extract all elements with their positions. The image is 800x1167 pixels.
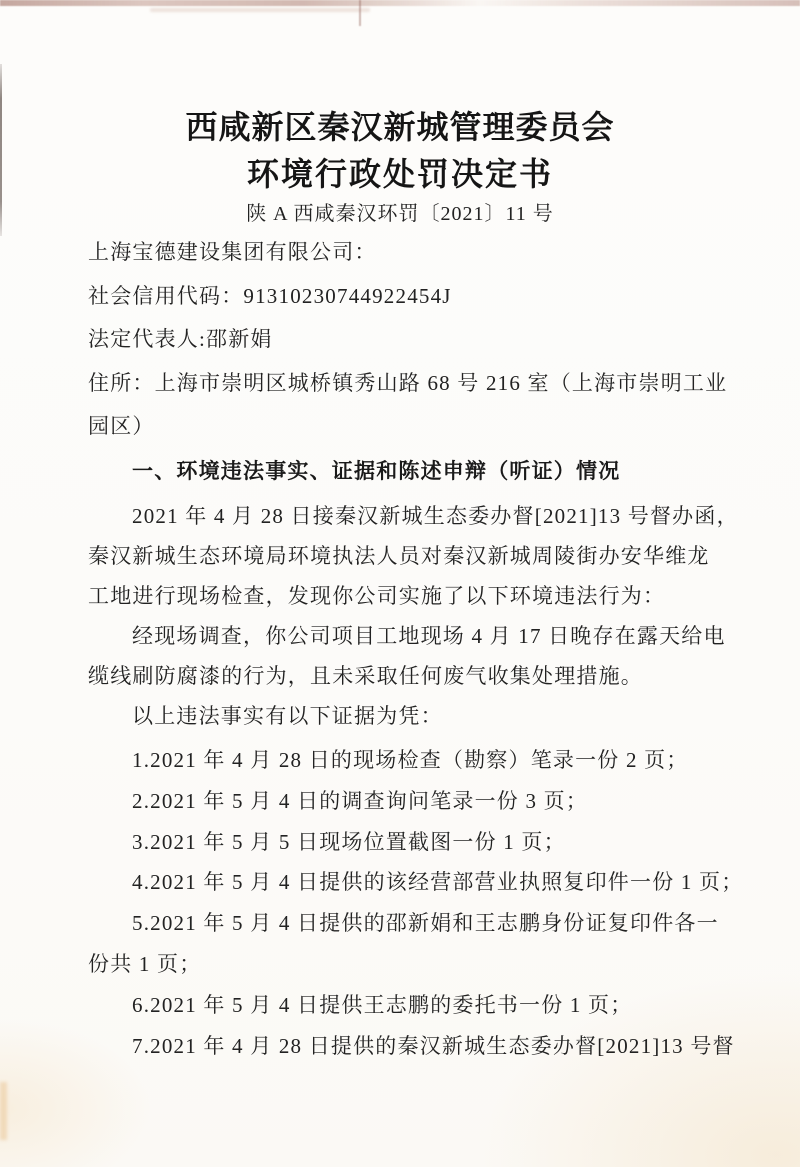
document-line: 工地进行现场检查，发现你公司实施了以下环境违法行为： (88, 576, 720, 616)
document-line: 1.2021 年 4 月 28 日的现场检查（勘察）笔录一份 2 页； (88, 740, 720, 781)
document-line: 份共 1 页； (88, 944, 720, 985)
document-line: 缆线刷防腐漆的行为，且未采取任何废气收集处理措施。 (88, 656, 720, 696)
document-line: 6.2021 年 5 月 4 日提供王志鹏的委托书一份 1 页； (88, 985, 720, 1026)
document-line: 5.2021 年 5 月 4 日提供的邵新娟和王志鹏身份证复印件各一 (88, 903, 720, 944)
document-line: 7.2021 年 4 月 28 日提供的秦汉新城生态委办督[2021]13 号督 (88, 1026, 720, 1067)
section1-heading: 一、环境违法事实、证据和陈述申辩（听证）情况 (88, 450, 720, 494)
document-type-title: 环境行政处罚决定书 (0, 149, 800, 195)
document-reference-number: 陕 A 西咸秦汉环罚〔2021〕11 号 (0, 197, 800, 226)
issuing-authority-title: 西咸新区秦汉新城管理委员会 (0, 102, 800, 148)
document-line: 经现场调查，你公司项目工地现场 4 月 17 日晚存在露天给电 (88, 616, 720, 656)
document-line: 2021 年 4 月 28 日接秦汉新城生态委办督[2021]13 号督办函， (88, 496, 720, 536)
document-line: 4.2021 年 5 月 4 日提供的该经营部营业执照复印件一份 1 页； (88, 862, 720, 903)
document-line: 法定代表人:邵新娟 (88, 318, 720, 362)
scan-artifact-bottom-left-smudge (0, 1082, 7, 1140)
document-line: 秦汉新城生态环境局环境执法人员对秦汉新城周陵街办安华维龙 (88, 536, 720, 576)
evidence-intro-line: 以上违法事实有以下证据为凭： (88, 696, 720, 736)
document-line: 园区） (88, 405, 720, 449)
document-line: 上海宝德建设集团有限公司： (88, 231, 720, 275)
scan-artifact-top-smudge (150, 8, 370, 12)
scan-artifact-top-edge (0, 0, 800, 6)
document-line: 社会信用代码：91310230744922454J (88, 275, 720, 319)
document-line: 3.2021 年 5 月 5 日现场位置截图一份 1 页； (88, 822, 720, 863)
document-line: 住所：上海市崇明区城桥镇秀山路 68 号 216 室（上海市崇明工业 (88, 362, 720, 406)
scanned-document-page: 西咸新区秦汉新城管理委员会 环境行政处罚决定书 陕 A 西咸秦汉环罚〔2021〕… (0, 0, 800, 1167)
scan-artifact-vertical-tick (359, 0, 361, 26)
violation-facts-block: 2021 年 4 月 28 日接秦汉新城生态委办督[2021]13 号督办函，秦… (88, 496, 720, 696)
evidence-list-block: 1.2021 年 4 月 28 日的现场检查（勘察）笔录一份 2 页；2.202… (88, 740, 720, 1066)
document-line: 2.2021 年 5 月 4 日的调查询问笔录一份 3 页； (88, 781, 720, 822)
party-info-block: 上海宝德建设集团有限公司：社会信用代码：91310230744922454J法定… (88, 231, 720, 449)
